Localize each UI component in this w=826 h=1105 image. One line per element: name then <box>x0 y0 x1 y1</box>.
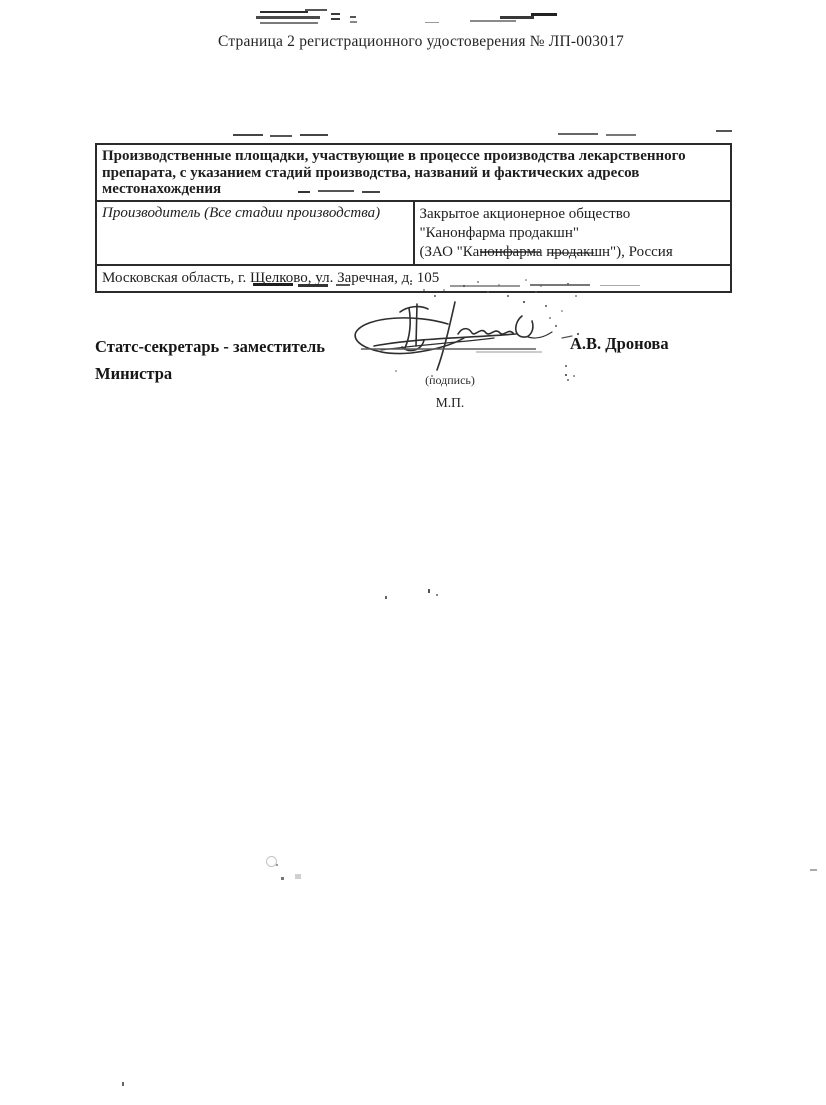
signer-position: Статс-секретарь - заместитель Министра <box>95 333 325 387</box>
stamp-specks <box>395 279 579 377</box>
scan-artifact <box>558 133 598 135</box>
scan-speck <box>385 596 387 599</box>
scan-artifact <box>256 16 320 19</box>
scan-speck <box>276 864 278 866</box>
scan-artifact <box>305 9 327 11</box>
scan-artifact <box>716 130 732 132</box>
page-header: Страница 2 регистрационного удостоверени… <box>0 33 826 51</box>
table-header-cell: Производственные площадки, участвующие в… <box>96 144 731 201</box>
producer-label-cell: Производитель (Все стадии производства) <box>96 201 414 265</box>
scan-artifact <box>470 20 516 22</box>
signer-name: А.В. Дронова <box>570 334 669 354</box>
scan-speck <box>295 874 301 879</box>
scan-artifact <box>425 22 439 23</box>
document-page: Страница 2 регистрационного удостоверени… <box>0 0 826 1105</box>
scan-artifact <box>606 134 636 136</box>
producer-value-cell: Закрытое акционерное общество "Канонфарм… <box>414 201 732 265</box>
signature-scribble <box>336 276 606 386</box>
scan-artifact <box>233 134 263 136</box>
signature-ink <box>416 304 417 346</box>
scan-speck <box>810 869 817 871</box>
scan-artifact <box>350 16 356 18</box>
scan-artifact <box>300 134 328 136</box>
production-sites-table: Производственные площадки, участвующие в… <box>95 143 732 293</box>
signature-ink <box>458 329 513 334</box>
scan-artifact <box>350 21 357 23</box>
signature-ink <box>516 316 533 337</box>
scan-artifact <box>531 13 557 16</box>
signature-ink <box>400 307 428 312</box>
seal-caption: М.П. <box>385 395 515 411</box>
scan-speck <box>436 594 438 596</box>
table-row: Производитель (Все стадии производства) … <box>96 201 731 265</box>
signature-caption: (подпись) <box>385 373 515 388</box>
signature-ink <box>437 302 455 370</box>
table-row: Производственные площадки, участвующие в… <box>96 144 731 201</box>
scan-speck <box>428 589 430 593</box>
scan-artifact <box>270 135 292 137</box>
scan-artifact <box>260 22 318 24</box>
scan-artifact <box>331 18 340 20</box>
scan-speck <box>122 1082 124 1086</box>
scan-speck <box>281 877 284 880</box>
scan-artifact <box>331 13 340 15</box>
scan-artifact <box>500 16 534 19</box>
scan-artifact <box>260 11 308 13</box>
